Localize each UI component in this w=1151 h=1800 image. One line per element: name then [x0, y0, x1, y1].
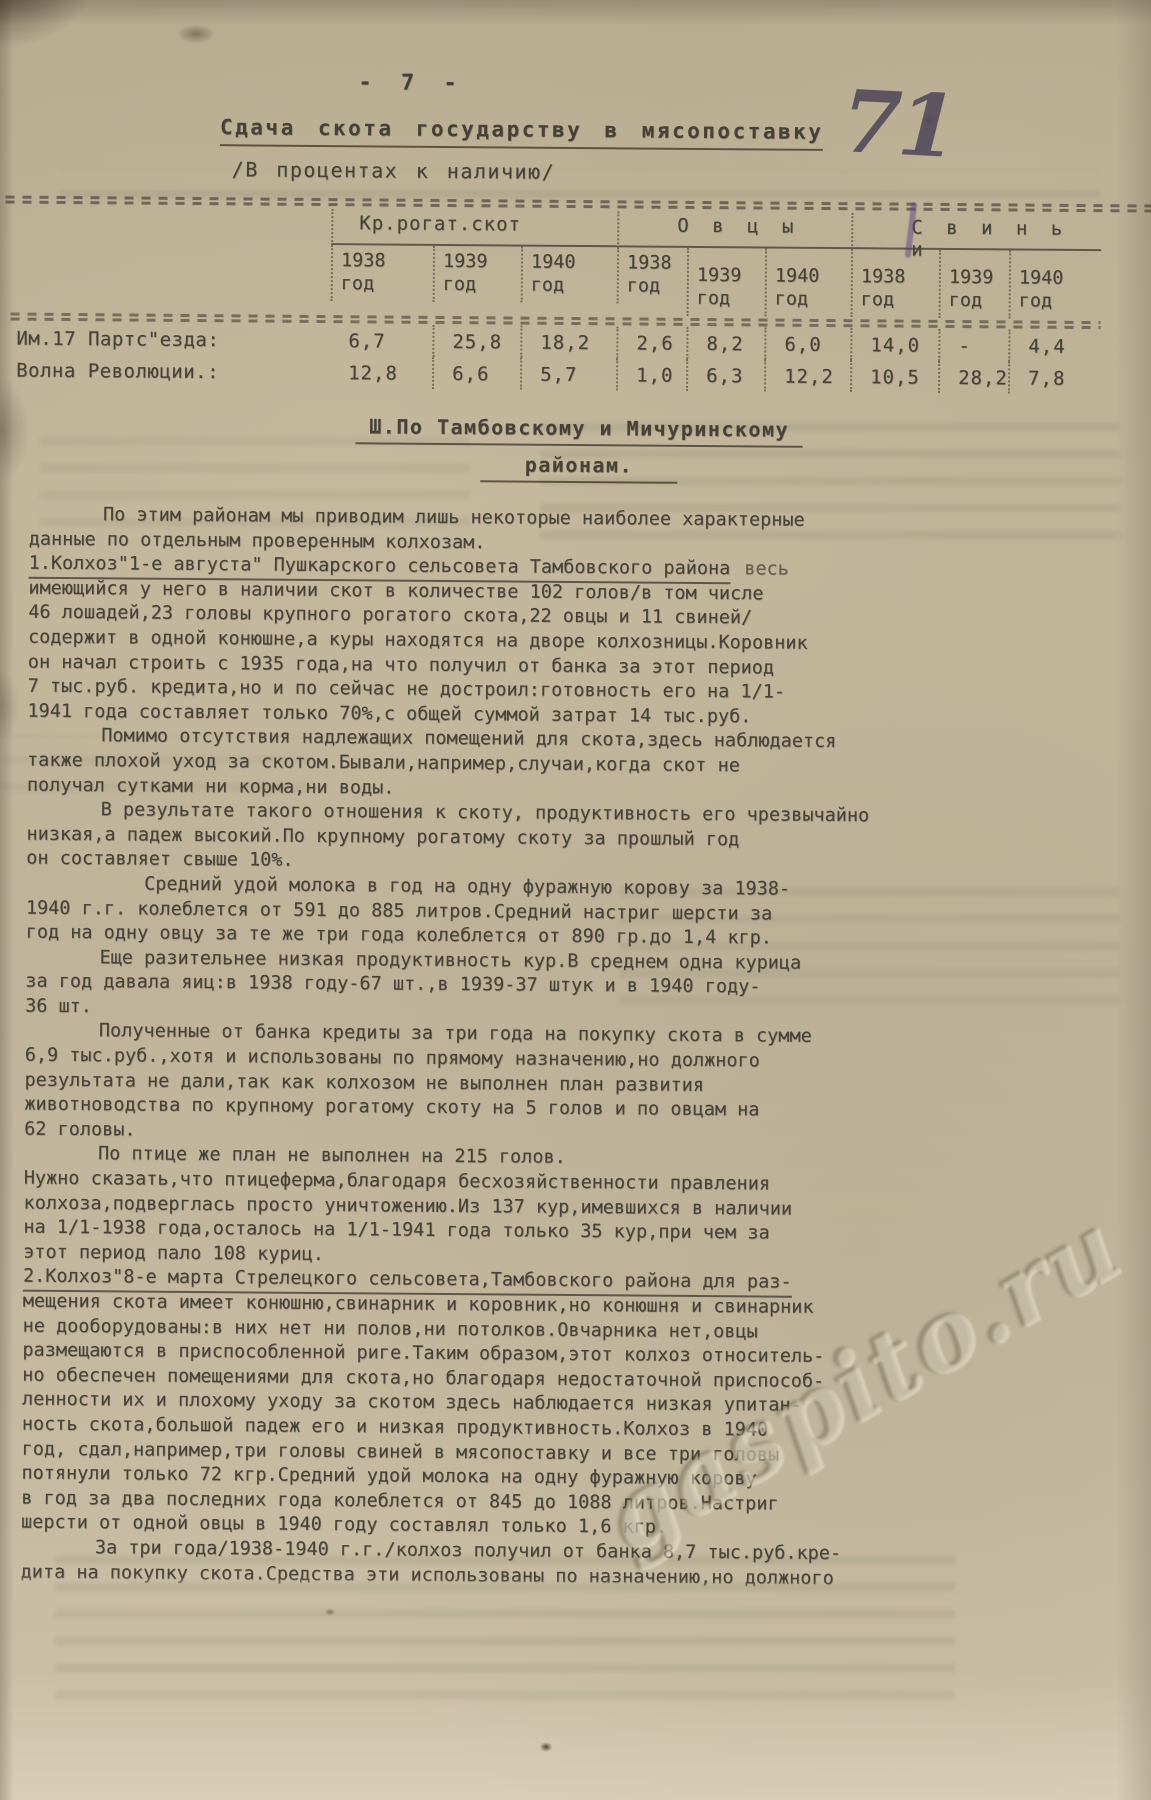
table-year-header: 1940 год	[765, 248, 852, 317]
table-cell: 12,8	[330, 356, 432, 389]
table-cell: 6,0	[764, 327, 850, 360]
paragraph-kolkhoz1-body: имеющийся у него в наличии скот в количе…	[27, 576, 1127, 732]
paragraph-hens: Еще разительнее низкая продуктивность ку…	[25, 945, 1125, 1027]
table-cell: 25,8	[432, 325, 520, 358]
table-cell: 10,5	[850, 360, 938, 393]
paragraph-productivity: В результате такого отношения к скоту, п…	[26, 798, 1126, 880]
table-group-header-cattle: Кр.рогат.скот	[331, 209, 617, 247]
table-cell: 6,7	[330, 324, 432, 357]
table-year-header: 1938 год	[617, 247, 687, 304]
paragraph-poultry-farm: Нужно сказать,что птицеферма,благодаря б…	[23, 1167, 1123, 1274]
table-year-header: 1939 год	[433, 246, 521, 303]
table-group-header-pigs: С в и н ь и	[851, 213, 1101, 251]
livestock-delivery-table: Кр.рогат.скот О в ц ы С в и н ь и 1938 г…	[10, 207, 1151, 395]
table-year-header: 1938 год	[851, 249, 940, 318]
table-corner-cell	[11, 207, 331, 246]
table-cell: 28,2	[938, 361, 1008, 394]
table-cell: 4,4	[1008, 329, 1100, 362]
table-empty-cell	[11, 243, 332, 314]
typewritten-content: - 7 - Сдача скота государству в мясопост…	[0, 0, 1151, 1800]
table-row-name: Волна Революции.:	[10, 354, 330, 389]
page-number: - 7 -	[358, 70, 464, 96]
paragraph-care: Помимо отсутствия надлежащих помещений д…	[27, 724, 1127, 806]
paragraph-kolkhoz2-credit: За три года/1938-1940 г.г./колхоз получи…	[21, 1536, 1120, 1594]
table-cell: 2,6	[616, 326, 686, 359]
table-cell: 18,2	[520, 326, 616, 359]
document-title: Сдача скота государству в мясопоставку	[220, 115, 824, 151]
table-cell: 1,0	[616, 358, 686, 391]
paragraph-milk-yield: Средний удой молока в год на одну фуражн…	[26, 872, 1126, 954]
section-heading-line2: районам.	[481, 452, 678, 484]
paragraph-credits: Полученные от банка кредиты за три года …	[24, 1019, 1124, 1151]
table-group-header-sheep: О в ц ы	[617, 211, 851, 249]
table-year-header: 1940 год	[1009, 250, 1102, 319]
paragraph-intro: По этим районам мы приводим лишь некотор…	[29, 503, 1128, 561]
table-year-header: 1940 год	[521, 247, 617, 304]
document-body: По этим районам мы приводим лишь некотор…	[21, 503, 1128, 1594]
document-subtitle: /В процентах к наличию/	[232, 157, 556, 184]
table-cell: 5,7	[520, 358, 616, 391]
scanned-document-page: 71 gaspito.ru - 7 - Сдача скота государс…	[0, 0, 1151, 1800]
table-cell: 6,3	[686, 359, 764, 392]
section-heading: Ш.По Тамбовскому и Мичуринскому районам.	[3, 411, 1151, 487]
table-cell: 7,8	[1008, 361, 1100, 394]
table-year-header: 1939 год	[939, 250, 1010, 319]
table-year-header: 1939 год	[687, 248, 766, 317]
kolkhoz1-heading-tail: весь	[744, 559, 789, 580]
section-heading-line1: Ш.По Тамбовскому и Мичуринскому	[355, 414, 803, 448]
table-row-name: Им.17 Партс"езда:	[10, 322, 330, 357]
table-cell: -	[938, 329, 1008, 362]
table-cell: 14,0	[850, 328, 938, 361]
table-cell: 8,2	[686, 327, 764, 360]
table-year-header: 1938 год	[331, 245, 433, 302]
table-cell: 6,6	[432, 357, 520, 390]
table-cell: 12,2	[764, 359, 850, 392]
handwritten-archive-page-number: 71	[839, 71, 956, 178]
